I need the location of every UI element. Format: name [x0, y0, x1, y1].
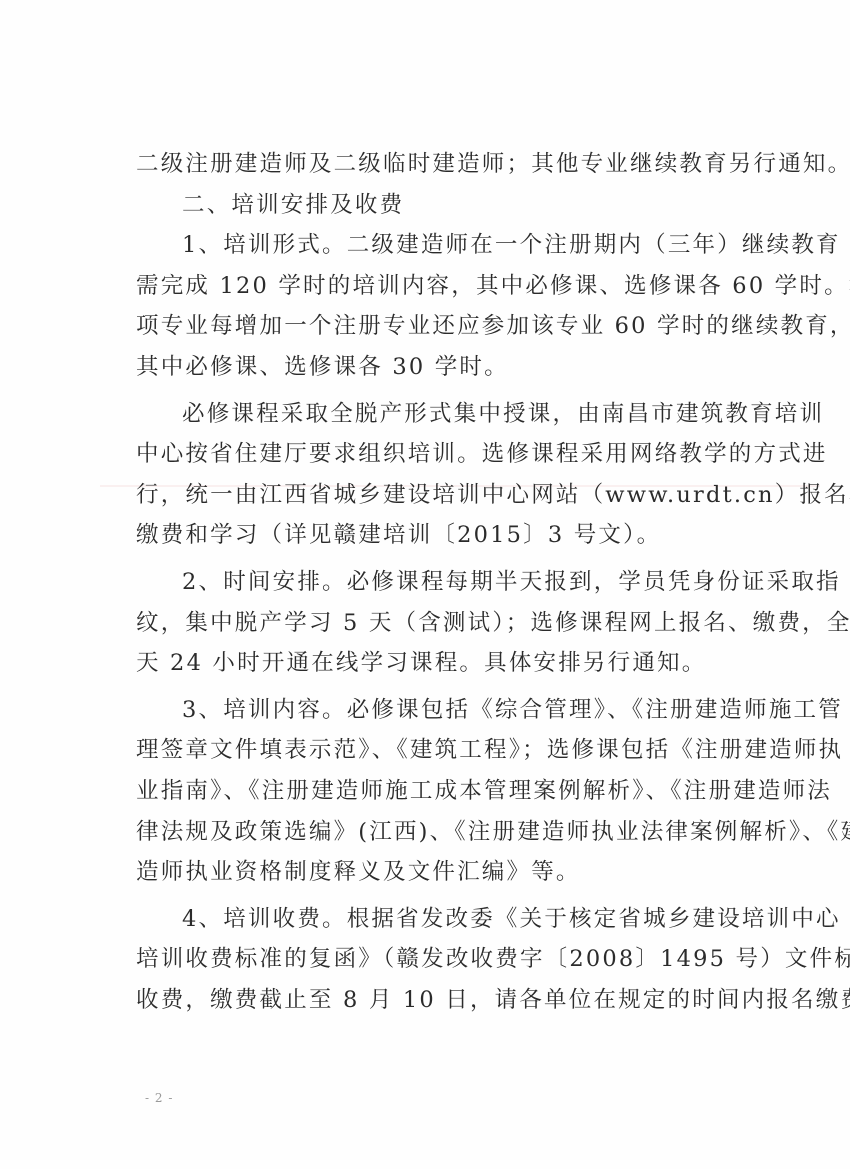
item-2-line: 2、时间安排。必修课程每期半天报到，学员凭身份证采取指	[136, 562, 816, 603]
item-2-line: 天 24 小时开通在线学习课程。具体安排另行通知。	[136, 643, 816, 684]
item-4-line: 4、培训收费。根据省发改委《关于核定省城乡建设培训中心	[136, 899, 816, 940]
item-3-line: 律法规及政策选编》(江西)、《注册建造师执业法律案例解析》、《建	[136, 812, 816, 853]
item-1-line: 1、培训形式。二级建造师在一个注册期内（三年）继续教育	[136, 225, 816, 266]
item-1-line: 项专业每增加一个注册专业还应参加该专业 60 学时的继续教育，	[136, 306, 816, 347]
item-3-line: 理签章文件填表示范》、《建筑工程》；选修课包括《注册建造师执	[136, 730, 816, 771]
item-3-line: 造师执业资格制度释义及文件汇编》等。	[136, 852, 816, 893]
item-1-detail-line: 缴费和学习（详见赣建培训〔2015〕3 号文）。	[136, 515, 816, 556]
page-number: - 2 -	[145, 1091, 173, 1105]
item-1-detail-line: 中心按省住建厅要求组织培训。选修课程采用网络教学的方式进	[136, 434, 816, 475]
document-page: 二级注册建造师及二级临时建造师；其他专业继续教育另行通知。 二、培训安排及收费 …	[0, 0, 850, 1169]
paragraph-continuation: 二级注册建造师及二级临时建造师；其他专业继续教育另行通知。	[136, 144, 816, 185]
section-heading-training-arrangement: 二、培训安排及收费	[136, 185, 816, 226]
item-4-line: 收费，缴费截止至 8 月 10 日，请各单位在规定的时间内报名缴费。	[136, 980, 816, 1021]
item-4-line: 培训收费标准的复函》（赣发改收费字〔2008〕1495 号）文件标准	[136, 939, 816, 980]
item-1-detail-line: 行，统一由江西省城乡建设培训中心网站（www.urdt.cn）报名、	[136, 475, 816, 516]
item-2-line: 纹，集中脱产学习 5 天（含测试）；选修课程网上报名、缴费，全	[136, 603, 816, 644]
item-1-line: 需完成 120 学时的培训内容，其中必修课、选修课各 60 学时。增	[136, 266, 816, 307]
item-3-line: 3、培训内容。必修课包括《综合管理》、《注册建造师施工管	[136, 690, 816, 731]
item-1-line: 其中必修课、选修课各 30 学时。	[136, 347, 816, 388]
item-3-line: 业指南》、《注册建造师施工成本管理案例解析》、《注册建造师法	[136, 771, 816, 812]
item-1-detail-line: 必修课程采取全脱产形式集中授课，由南昌市建筑教育培训	[136, 394, 816, 435]
document-body: 二级注册建造师及二级临时建造师；其他专业继续教育另行通知。 二、培训安排及收费 …	[136, 144, 816, 1020]
